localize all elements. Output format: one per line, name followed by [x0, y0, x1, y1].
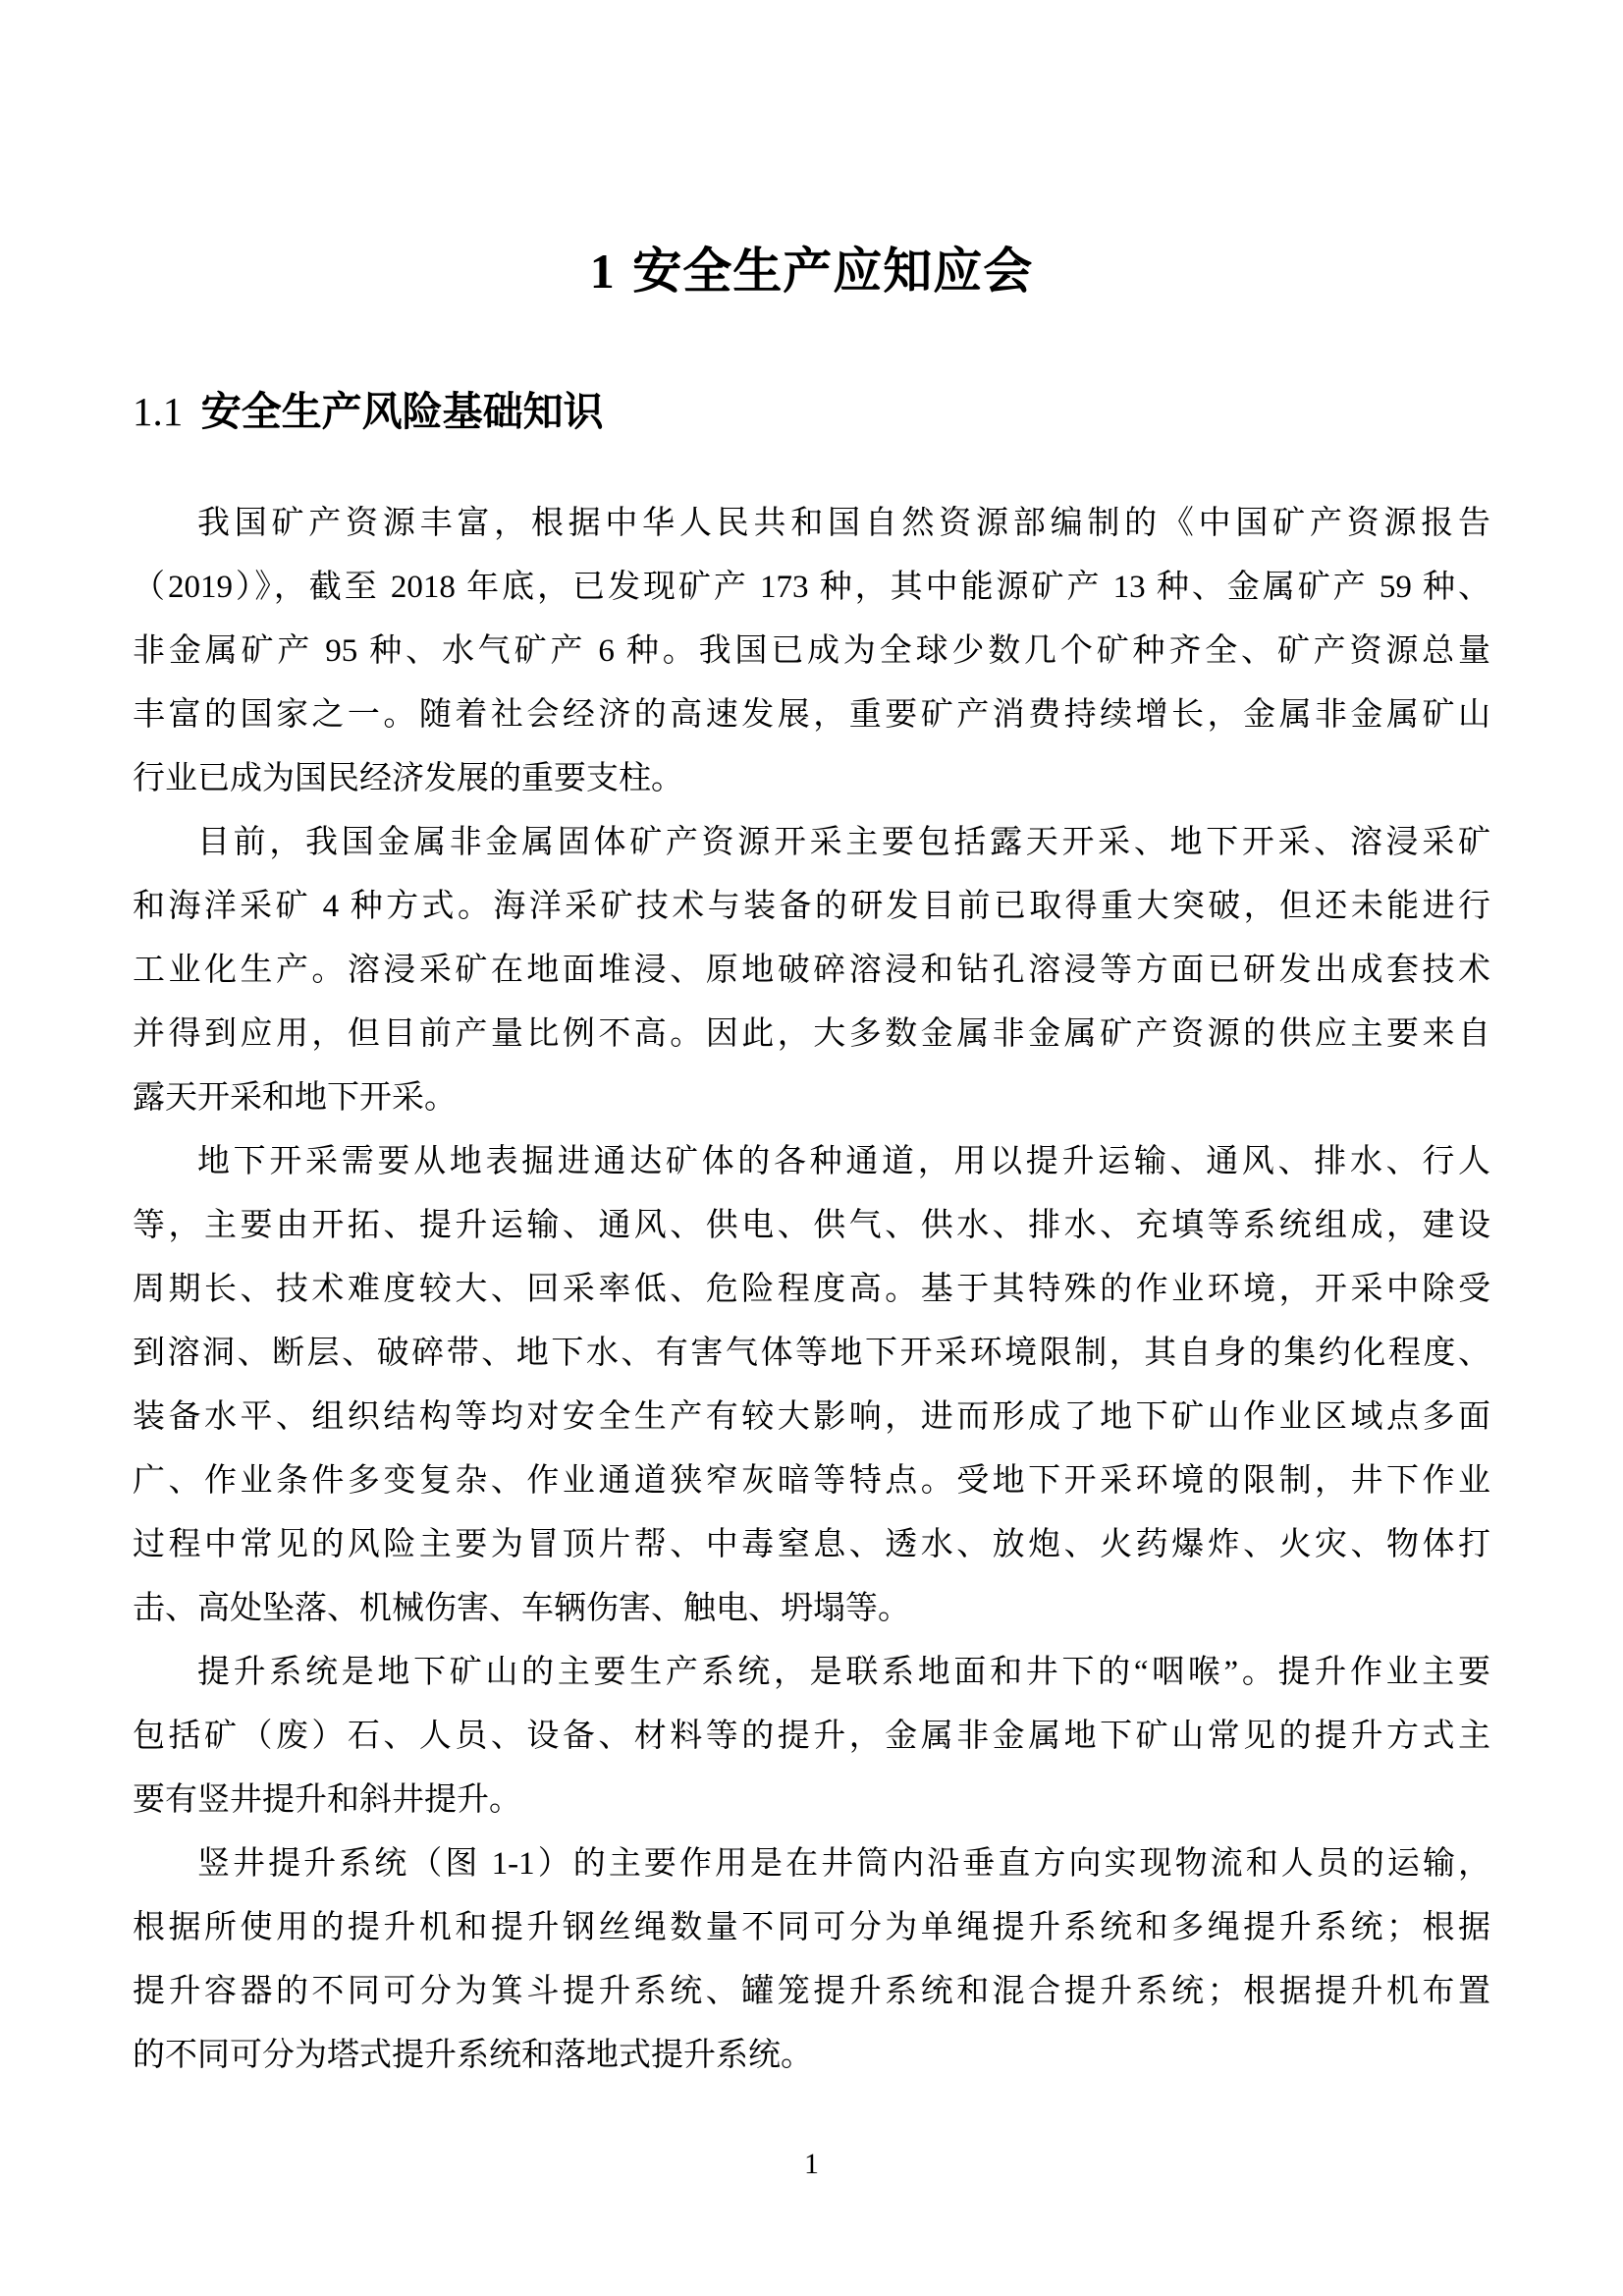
- body-line: 露天开采和地下开采。: [133, 1066, 1490, 1130]
- body-line: 我国矿产资源丰富，根据中华人民共和国自然资源部编制的《中国矿产资源报告: [133, 492, 1490, 556]
- body-line: 包括矿（废）石、人员、设备、材料等的提升，金属非金属地下矿山常见的提升方式主: [133, 1705, 1490, 1769]
- body-line: 击、高处坠落、机械伤害、车辆伤害、触电、坍塌等。: [133, 1577, 1490, 1641]
- body-line: 根据所使用的提升机和提升钢丝绳数量不同可分为单绳提升系统和多绳提升系统；根据: [133, 1896, 1490, 1960]
- section-heading: 1.1安全生产风险基础知识: [133, 303, 1490, 437]
- paragraph-1: 我国矿产资源丰富，根据中华人民共和国自然资源部编制的《中国矿产资源报告（2019…: [133, 492, 1490, 811]
- paragraph-5: 竖井提升系统（图 1-1）的主要作用是在井筒内沿垂直方向实现物流和人员的运输，根…: [133, 1832, 1490, 2088]
- chapter-title-text: 安全生产应知应会: [632, 244, 1033, 299]
- body-line: 广、作业条件多变复杂、作业通道狭窄灰暗等特点。受地下开采环境的限制，井下作业: [133, 1449, 1490, 1513]
- body-line: 要有竖井提升和斜井提升。: [133, 1769, 1490, 1832]
- body-line: 丰富的国家之一。随着社会经济的高速发展，重要矿产消费持续增长，金属非金属矿山: [133, 683, 1490, 747]
- body-line: 竖井提升系统（图 1-1）的主要作用是在井筒内沿垂直方向实现物流和人员的运输，: [133, 1832, 1490, 1896]
- body-line: 到溶洞、断层、破碎带、地下水、有害气体等地下开采环境限制，其自身的集约化程度、: [133, 1322, 1490, 1386]
- body-line: 非金属矿产 95 种、水气矿产 6 种。我国已成为全球少数几个矿种齐全、矿产资源…: [133, 620, 1490, 683]
- body-line: 并得到应用，但目前产量比例不高。因此，大多数金属非金属矿产资源的供应主要来自: [133, 1003, 1490, 1066]
- body-line: 目前，我国金属非金属固体矿产资源开采主要包括露天开采、地下开采、溶浸采矿: [133, 811, 1490, 875]
- paragraph-2: 目前，我国金属非金属固体矿产资源开采主要包括露天开采、地下开采、溶浸采矿和海洋采…: [133, 811, 1490, 1130]
- body-line: （2019）》，截至 2018 年底，已发现矿产 173 种，其中能源矿产 13…: [133, 556, 1490, 620]
- body-line: 行业已成为国民经济发展的重要支柱。: [133, 747, 1490, 811]
- body-line: 提升容器的不同可分为箕斗提升系统、罐笼提升系统和混合提升系统；根据提升机布置: [133, 1960, 1490, 2024]
- document-page: 1安全生产应知应会 1.1安全生产风险基础知识 我国矿产资源丰富，根据中华人民共…: [0, 0, 1623, 2296]
- body-line: 地下开采需要从地表掘进通达矿体的各种通道，用以提升运输、通风、排水、行人: [133, 1130, 1490, 1194]
- body-line: 过程中常见的风险主要为冒顶片帮、中毒窒息、透水、放炮、火药爆炸、火灾、物体打: [133, 1513, 1490, 1577]
- body-line: 等，主要由开拓、提升运输、通风、供电、供气、供水、排水、充填等系统组成，建设: [133, 1194, 1490, 1258]
- paragraph-3: 地下开采需要从地表掘进通达矿体的各种通道，用以提升运输、通风、排水、行人等，主要…: [133, 1130, 1490, 1641]
- body-line: 装备水平、组织结构等均对安全生产有较大影响，进而形成了地下矿山作业区域点多面: [133, 1386, 1490, 1449]
- body-line: 工业化生产。溶浸采矿在地面堆浸、原地破碎溶浸和钻孔溶浸等方面已研发出成套技术: [133, 939, 1490, 1003]
- body-paragraphs: 我国矿产资源丰富，根据中华人民共和国自然资源部编制的《中国矿产资源报告（2019…: [133, 492, 1490, 2088]
- section-title-text: 安全生产风险基础知识: [201, 389, 604, 434]
- section-number: 1.1: [133, 389, 183, 434]
- chapter-title: 1安全生产应知应会: [133, 0, 1490, 303]
- body-line: 周期长、技术难度较大、回采率低、危险程度高。基于其特殊的作业环境，开采中除受: [133, 1258, 1490, 1322]
- page-number: 1: [133, 2145, 1490, 2184]
- body-line: 的不同可分为塔式提升系统和落地式提升系统。: [133, 2024, 1490, 2088]
- body-line: 和海洋采矿 4 种方式。海洋采矿技术与装备的研发目前已取得重大突破，但还未能进行: [133, 875, 1490, 939]
- chapter-number: 1: [590, 244, 616, 299]
- body-line: 提升系统是地下矿山的主要生产系统，是联系地面和井下的“咽喉”。提升作业主要: [133, 1641, 1490, 1705]
- paragraph-4: 提升系统是地下矿山的主要生产系统，是联系地面和井下的“咽喉”。提升作业主要包括矿…: [133, 1641, 1490, 1832]
